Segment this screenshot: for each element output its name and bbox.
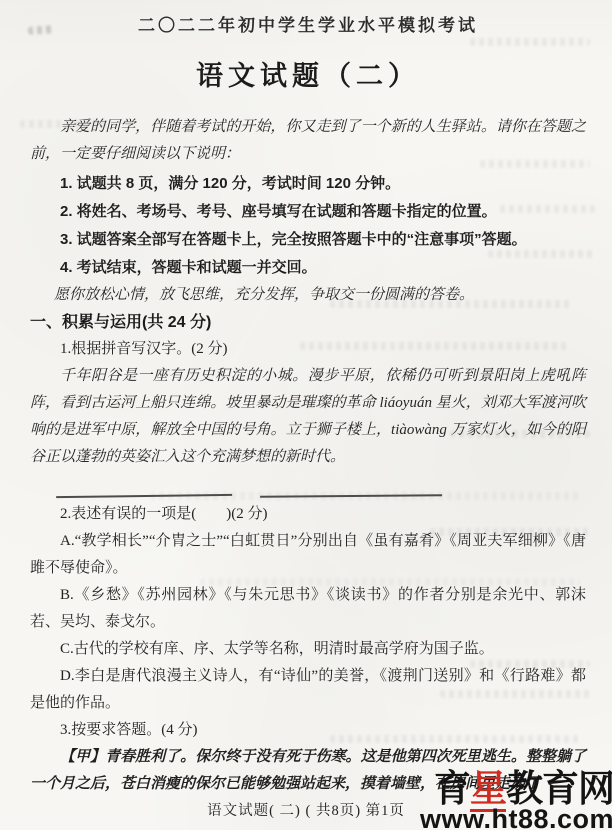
watermark-char: 育 — [434, 768, 470, 809]
scan-artifact — [330, 300, 570, 308]
watermark-site-name: 育星教育网 — [420, 770, 612, 807]
subject-title: 语文试题（二） — [30, 56, 586, 96]
watermark-url: www.ht88.com — [420, 806, 612, 830]
note-item: 1. 试题共 8 页，满分 120 分，考试时间 120 分钟。 — [30, 170, 586, 198]
exam-title: 二〇二二年初中学生学业水平模拟考试 — [30, 14, 586, 38]
scan-artifact — [150, 492, 580, 500]
scan-artifact — [430, 528, 590, 536]
scan-artifact — [450, 430, 590, 438]
option-b: B.《乡愁》《苏州园林》《与朱元思书》《谈读书》的作者分别是余光中、郭沫若、吴均… — [30, 582, 586, 636]
option-a: A.“教学相长”“介胄之士”“白虹贯日”分别出自《虽有嘉肴》《周亚夫军细柳》《唐… — [30, 528, 586, 582]
scan-artifact — [480, 160, 590, 168]
scan-artifact — [470, 38, 590, 46]
option-c: C.古代的学校有庠、序、太学等名称，明清时最高学府为国子监。 — [30, 636, 586, 663]
question-2-options: A.“教学相长”“介胄之士”“白虹贯日”分别出自《虽有嘉肴》《周亚夫军细柳》《唐… — [30, 528, 586, 717]
scan-artifact — [200, 578, 580, 586]
scan-artifact — [20, 120, 110, 128]
section-heading: 一、积累与运用(共 24 分) — [30, 309, 586, 336]
scan-artifact — [488, 250, 593, 258]
question-1-passage: 千年阳谷是一座有历史积淀的小城。漫步平原，依稀仍可听到景阳岗上虎吼阵阵，看到古运… — [30, 363, 586, 471]
scanned-exam-page: 二〇二二年初中学生学业水平模拟考试 语文试题（二） 亲爱的同学，伴随着考试的开始… — [0, 0, 612, 830]
scan-artifact — [440, 690, 590, 698]
exam-notes: 1. 试题共 8 页，满分 120 分，考试时间 120 分钟。 2. 将姓名、… — [30, 170, 586, 282]
note-item: 4. 考试结束，答题卡和试题一并交回。 — [30, 254, 586, 282]
scan-artifact — [330, 735, 580, 743]
scan-artifact — [300, 342, 570, 350]
question-2-label: 2.表述有误的一项是( )(2 分) — [30, 501, 586, 528]
scan-artifact — [470, 660, 590, 668]
scan-artifact — [500, 205, 595, 213]
watermark-chars: 教育网 — [506, 768, 612, 809]
watermark-logo: 育星教育网 www.ht88.com — [420, 770, 612, 830]
